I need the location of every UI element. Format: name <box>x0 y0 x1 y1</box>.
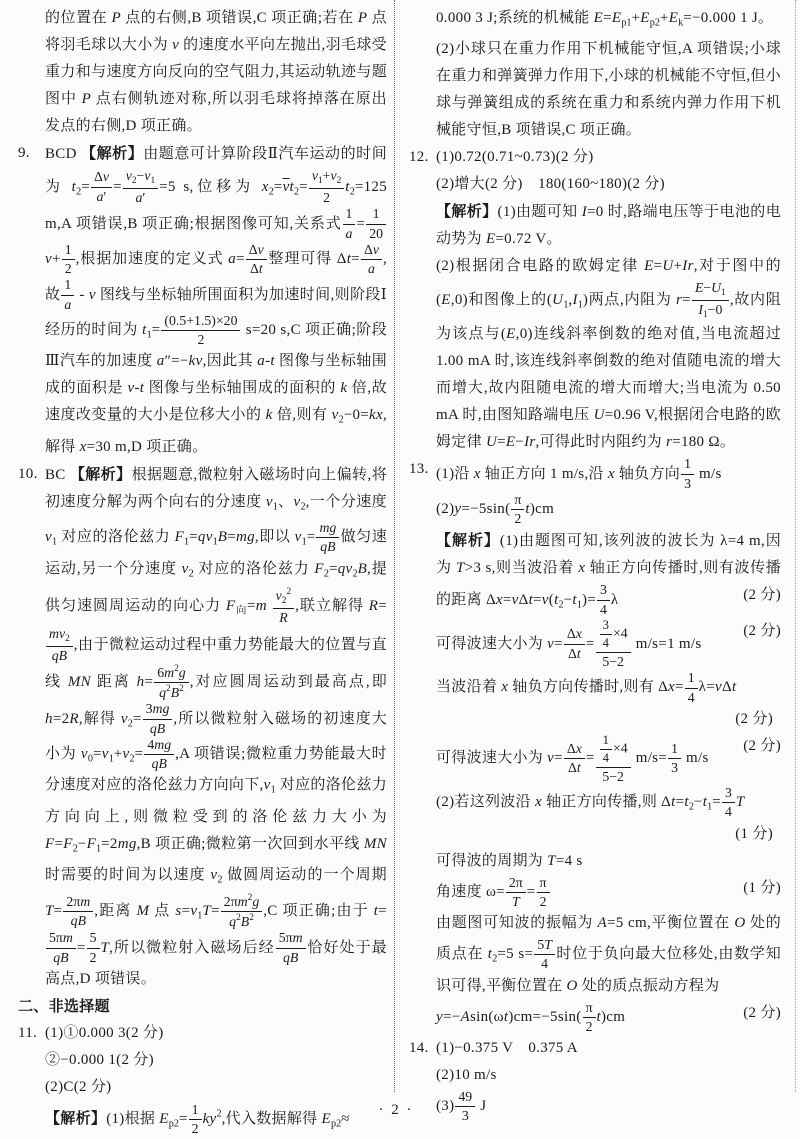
subscript: 1 <box>150 176 155 186</box>
right-column: 0.000 3 J;系统的机械能 E=Ep1+Ep2+Ek=−0.000 1 J… <box>409 5 781 1125</box>
score-label: (2 分) <box>743 618 781 645</box>
math-variable: E <box>486 231 495 247</box>
subscript: 2 <box>132 176 137 186</box>
left-column: 的位置在 P 点的右侧,B 项错误,C 项正确;若在 P 点将羽毛球以大小为 v… <box>18 5 387 1138</box>
math-variable: t <box>732 679 736 695</box>
math-variable: t <box>577 760 581 775</box>
superscript: 2 <box>249 913 254 923</box>
paragraph-text: 【解析】(1)由题图可知,该列波的波长为 λ=4 m,因为 T>3 s,则当波沿… <box>436 533 781 607</box>
math-variable: qB <box>320 539 335 554</box>
paragraph-text: BCD 【解析】由题意可计算阶段Ⅱ汽车运动的时间为 t2=Δva′=v2−v1a… <box>45 146 387 455</box>
fraction: π2 <box>537 875 550 911</box>
math-variable: v <box>264 777 271 793</box>
fraction: 4mgqB <box>144 737 174 773</box>
paragraph-text: (2)C(2 分) <box>45 1079 111 1095</box>
paragraph-text: 当波沿着 x 轴负方向传播时,则有 Δx=14λ=vΔt <box>436 679 736 695</box>
math-variable: v <box>715 679 722 695</box>
math-variable: x <box>576 741 582 756</box>
fraction: v1+v22 <box>309 168 344 206</box>
math-variable: v <box>103 169 109 184</box>
math-variable: A <box>598 915 607 931</box>
fraction: 6m2gq2B2 <box>154 664 188 701</box>
math-variable: v <box>542 592 549 608</box>
question-number: 9. <box>18 140 30 167</box>
math-variable: v <box>332 407 339 423</box>
math-variable: E <box>644 258 653 274</box>
question-number: 14. <box>409 1035 429 1062</box>
math-variable: v <box>121 711 128 727</box>
math-variable: T <box>547 853 556 869</box>
page-number: · 2 · <box>0 1097 792 1124</box>
solution-paragraph: 14.(1)−0.375 V 0.375 A <box>409 1035 781 1062</box>
math-variable: mv <box>49 626 65 641</box>
math-variable: F <box>175 529 184 545</box>
solution-paragraph: 11.(1)①0.000 3(2 分) <box>18 1020 387 1047</box>
math-variable: E <box>441 292 450 308</box>
math-variable: MN <box>364 836 387 852</box>
subscript: 2 <box>128 718 133 729</box>
math-variable: v <box>547 750 554 766</box>
math-variable: F <box>63 836 72 852</box>
math-variable: t <box>270 353 274 369</box>
math-variable: v <box>81 746 88 762</box>
math-variable: v <box>373 242 379 257</box>
math-variable: F <box>314 561 323 577</box>
math-variable: y <box>454 501 461 517</box>
math-variable: qv <box>338 561 353 577</box>
fraction: 2πm2gq2B2 <box>221 893 262 930</box>
solution-paragraph: 可得波的周期为 T=4 s <box>409 848 781 875</box>
math-variable: t <box>529 592 533 608</box>
math-variable: B <box>171 685 179 700</box>
fraction: E−U1I1−0 <box>692 280 729 321</box>
fraction: v22R <box>273 587 295 626</box>
bold-text: 【解析】 <box>436 532 500 549</box>
math-variable: x <box>576 626 582 641</box>
math-variable: a <box>257 353 265 369</box>
paragraph-text: 可得波的周期为 T=4 s <box>436 853 583 869</box>
solution-paragraph: (2)根据闭合电路的欧姆定律 E=U+Ir,对于图中的(E,0)和图像上的(U1… <box>409 253 781 456</box>
math-variable: m <box>293 930 303 945</box>
math-variable: qB <box>52 648 67 663</box>
solution-paragraph: 可得波速大小为 v=ΔxΔt=34×45−2 m/s=1 m/s(2 分) <box>409 618 781 670</box>
math-variable: T <box>101 940 110 956</box>
paragraph-text: 二、非选择题 <box>18 998 110 1015</box>
section-heading: 二、非选择题 <box>18 993 387 1020</box>
fraction: 34 <box>597 582 610 618</box>
subscript: 2 <box>689 801 694 812</box>
subscript: 1 <box>577 599 582 610</box>
math-variable: m <box>238 894 248 909</box>
math-variable: m <box>256 598 267 614</box>
paragraph-text: (1 分) <box>735 826 773 842</box>
math-variable: Ir <box>524 434 535 450</box>
fraction: 34 <box>722 785 735 821</box>
paragraph-text: y=−Asin(ωt)cm=−5sin(π2t)cm <box>436 1009 625 1025</box>
math-variable: t <box>504 1009 508 1025</box>
math-variable: h <box>137 674 145 690</box>
subscript: 2 <box>339 415 344 426</box>
solution-paragraph: 9.BCD 【解析】由题意可计算阶段Ⅱ汽车运动的时间为 t2=Δva′=v2−v… <box>18 140 387 461</box>
math-variable: t <box>140 380 144 396</box>
math-variable: qB <box>152 756 167 771</box>
fraction: π2 <box>583 1000 596 1036</box>
math-variable: mg <box>236 529 255 545</box>
bold-text: 【解析】 <box>436 203 498 220</box>
math-variable: x <box>262 179 269 195</box>
column-divider <box>394 0 395 1092</box>
subscript: 2 <box>76 186 81 197</box>
subscript: k <box>678 17 683 28</box>
paragraph-text: 【解析】(1)由题可知 I=0 时,路端电压等于电池的电动势为 E=0.72 V… <box>436 204 781 247</box>
paragraph-text: (1)−0.375 V 0.375 A <box>436 1040 578 1056</box>
math-variable: U <box>486 434 497 450</box>
math-variable: MN <box>68 674 91 690</box>
subscript: p1 <box>621 17 631 28</box>
subscript: 2 <box>217 874 222 885</box>
fraction: 14×45−2 <box>596 733 631 785</box>
math-variable: P <box>358 10 367 26</box>
paragraph-text: (1)沿 x 轴正方向 1 m/s,沿 x 轴负方向13 m/s <box>436 466 722 482</box>
solution-paragraph: 可得波速大小为 v=ΔxΔt=14×45−2 m/s=13 m/s(2 分) <box>409 733 781 785</box>
subscript: 1 <box>721 288 726 298</box>
paragraph-text: 可得波速大小为 v=ΔxΔt=14×45−2 m/s=13 m/s <box>436 750 709 766</box>
fraction: Δva <box>361 242 382 278</box>
math-variable: P <box>111 10 120 26</box>
solution-paragraph: 【解析】(1)由题图可知,该列波的波长为 λ=4 m,因为 T>3 s,则当波沿… <box>409 527 781 618</box>
math-variable: M <box>137 903 150 919</box>
math-variable: F <box>87 836 96 852</box>
subscript: 2 <box>350 186 355 197</box>
subscript: 2 <box>324 568 329 579</box>
math-variable: x <box>535 794 542 810</box>
subscript: 2 <box>337 176 342 186</box>
fraction: (0.5+1.5)×202 <box>161 313 240 349</box>
math-variable: v <box>123 746 130 762</box>
subscript: 2 <box>492 954 497 965</box>
math-variable: T <box>512 894 520 909</box>
math-variable: U <box>552 292 563 308</box>
math-variable: qB <box>53 950 68 965</box>
paragraph-text: (2)小球只在重力作用下机械能守恒,A 项错误;小球在重力和弹簧弹力作用下,小球… <box>436 41 781 138</box>
paragraph-text: ②−0.000 1(2 分) <box>45 1052 154 1068</box>
fraction: 2πmqB <box>63 894 93 930</box>
math-variable: mg <box>319 520 336 535</box>
subscript: 1 <box>302 536 307 547</box>
fraction: 2πT <box>506 875 526 911</box>
subscript: 向 <box>235 605 247 616</box>
solution-paragraph: y=−Asin(ωt)cm=−5sin(π2t)cm(2 分) <box>409 1000 781 1036</box>
math-variable: v <box>45 251 52 267</box>
fraction: 5T4 <box>534 937 555 973</box>
fraction: 12 <box>62 242 75 278</box>
math-variable: R <box>279 610 287 625</box>
fraction: 34 <box>600 618 612 651</box>
score-line: (1 分) <box>409 821 781 848</box>
math-variable: R <box>69 711 78 727</box>
paragraph-text: (2 分) <box>735 711 773 727</box>
solution-paragraph: 13.(1)沿 x 轴正方向 1 m/s,沿 x 轴负方向13 m/s <box>409 456 781 492</box>
fraction: 52 <box>87 930 100 966</box>
score-label: (1 分) <box>743 875 781 902</box>
paragraph-text: 角速度 ω=2πT=π2 <box>436 884 551 900</box>
superscript: 2 <box>286 587 291 597</box>
math-variable: a <box>346 226 353 241</box>
math-variable: B <box>358 561 367 577</box>
solution-paragraph: (2)小球只在重力作用下机械能守恒,A 项错误;小球在重力和弹簧弹力作用下,小球… <box>409 36 781 144</box>
subscript: 1 <box>52 536 57 547</box>
math-variable: x <box>80 439 87 455</box>
math-variable: a <box>228 251 236 267</box>
paragraph-text: (2)若这列波沿 x 轴正方向传播,则 Δt=t2−t1=34T <box>436 794 745 810</box>
fraction: 14 <box>600 733 612 766</box>
fraction: 120 <box>366 206 386 242</box>
math-variable: mg <box>154 737 171 752</box>
math-variable: y <box>436 1009 443 1025</box>
math-variable: mg <box>153 701 170 716</box>
subscript: 1 <box>96 843 101 854</box>
math-variable: U <box>594 407 605 423</box>
math-variable: O <box>567 978 578 994</box>
math-variable: qB <box>150 721 165 736</box>
fraction: 34×45−2 <box>596 618 631 670</box>
paragraph-text: (2)根据闭合电路的欧姆定律 E=U+Ir,对于图中的(E,0)和图像上的(U1… <box>436 258 781 450</box>
math-variable: m <box>80 894 90 909</box>
math-variable: Ir <box>682 258 693 274</box>
paragraph-text: 的位置在 P 点的右侧,B 项错误,C 项正确;若在 P 点将羽毛球以大小为 v… <box>45 10 387 134</box>
math-variable: q <box>159 685 166 700</box>
subscript: 1 <box>271 785 276 796</box>
math-variable: T <box>45 903 54 919</box>
fraction: ΔvΔt <box>246 242 267 278</box>
math-variable: mg <box>118 836 137 852</box>
fraction: 3mgqB <box>143 701 173 737</box>
math-variable: k <box>340 380 347 396</box>
fraction: 13 <box>668 741 681 777</box>
paragraph-text: (2)10 m/s <box>436 1067 497 1083</box>
document-page: 的位置在 P 点的右侧,B 项错误,C 项正确;若在 P 点将羽毛球以大小为 v… <box>0 0 800 1139</box>
math-variable: a <box>157 353 165 369</box>
score-label: (2 分) <box>743 582 781 609</box>
math-variable: T <box>544 937 552 952</box>
superscript: 2 <box>179 684 184 694</box>
math-variable: v <box>182 561 189 577</box>
subscript: 1 <box>707 801 712 812</box>
score-label: (2 分) <box>743 1000 781 1027</box>
solution-paragraph: 【解析】(1)由题可知 I=0 时,路端电压等于电池的电动势为 E=0.72 V… <box>409 198 781 253</box>
subscript: 2 <box>65 634 70 644</box>
math-variable: v <box>127 380 134 396</box>
fraction: 1a <box>61 277 74 313</box>
subscript: 2 <box>269 186 274 197</box>
math-variable: I <box>582 204 587 220</box>
fraction: ΔxΔt <box>564 626 585 662</box>
solution-paragraph: (2)若这列波沿 x 轴正方向传播,则 Δt=t2−t1=34T <box>409 785 781 821</box>
math-variable: x <box>496 592 503 608</box>
subscript: 1 <box>703 310 708 320</box>
fraction: Δva′ <box>91 169 112 205</box>
subscript: 1 <box>578 300 583 311</box>
paragraph-text: 可得波速大小为 v=ΔxΔt=34×45−2 m/s=1 m/s <box>436 636 702 652</box>
math-variable: v <box>295 529 302 545</box>
overline: v <box>283 179 290 195</box>
page-edge-line <box>795 0 796 1092</box>
math-variable: t <box>347 251 351 267</box>
solution-paragraph: ②−0.000 1(2 分) <box>18 1047 387 1074</box>
math-variable: a <box>97 189 104 204</box>
math-variable: a <box>135 190 142 205</box>
math-variable: E <box>612 10 621 26</box>
solution-paragraph: 10.BC 【解析】根据题意,微粒射入磁场时向上偏转,将初速度分解为两个向右的分… <box>18 461 387 993</box>
subscript: 1 <box>184 536 189 547</box>
paragraph-text: (1)0.72(0.71~0.73)(2 分) <box>436 149 594 165</box>
subscript: 2 <box>189 568 194 579</box>
math-variable: E <box>695 280 703 295</box>
math-variable: U <box>662 258 673 274</box>
solution-paragraph: 的位置在 P 点的右侧,B 项错误,C 项正确;若在 P 点将羽毛球以大小为 v… <box>18 5 387 140</box>
math-variable: F <box>45 836 54 852</box>
math-variable: x <box>668 679 675 695</box>
subscript: 0 <box>88 753 93 764</box>
math-variable: E <box>669 10 678 26</box>
math-variable: t <box>597 1009 601 1025</box>
score-label: (2 分) <box>743 733 781 760</box>
math-variable: U <box>711 280 721 295</box>
math-variable: t <box>671 794 675 810</box>
subscript: 1 <box>318 176 323 186</box>
question-number: 13. <box>409 456 429 483</box>
bold-text: 【解析】 <box>70 466 132 483</box>
math-variable: t <box>374 903 378 919</box>
math-variable: g <box>252 894 259 909</box>
math-variable: B <box>241 914 249 929</box>
math-variable: qB <box>71 913 86 928</box>
solution-paragraph: 角速度 ω=2πT=π2(1 分) <box>409 875 781 911</box>
solution-paragraph: 当波沿着 x 轴负方向传播时,则有 Δx=14λ=vΔt <box>409 670 781 706</box>
math-variable: T <box>736 794 745 810</box>
math-variable: v <box>102 746 109 762</box>
solution-paragraph: (2)增大(2 分) 180(160~180)(2 分) <box>409 171 781 198</box>
fraction: 1a <box>343 206 356 242</box>
math-variable: h <box>45 711 53 727</box>
math-variable: B <box>218 529 227 545</box>
question-number: 11. <box>18 1020 37 1047</box>
fraction: 13 <box>681 456 694 492</box>
math-variable: R <box>369 598 378 614</box>
math-variable: a <box>64 297 71 312</box>
paragraph-text: 由题图可知波的振幅为 A=5 cm,平衡位置在 O 处的质点在 t2=5 s=5… <box>436 915 781 994</box>
math-variable: x <box>501 679 508 695</box>
math-variable: A <box>461 1009 470 1025</box>
question-number: 12. <box>409 144 429 171</box>
question-number: 10. <box>18 461 38 488</box>
math-variable: E <box>594 10 603 26</box>
subscript: 1 <box>563 300 568 311</box>
math-variable: t <box>259 261 263 276</box>
subscript: p2 <box>650 17 660 28</box>
paragraph-text: (2)增大(2 分) 180(160~180)(2 分) <box>436 176 665 192</box>
subscript: 2 <box>559 599 564 610</box>
math-variable: E <box>506 326 515 342</box>
solution-paragraph: (2)y=−5sin(π2t)cm <box>409 492 781 528</box>
math-variable: x <box>608 466 615 482</box>
math-variable: qB <box>283 950 298 965</box>
math-variable: s <box>175 903 181 919</box>
math-variable: T <box>456 560 465 576</box>
math-variable: P <box>82 91 91 107</box>
math-variable: v <box>89 287 96 303</box>
math-variable: m <box>164 665 174 680</box>
math-variable: k <box>266 407 273 423</box>
math-variable: kv <box>189 353 203 369</box>
subscript: 1 <box>273 501 278 512</box>
paragraph-text: 0.000 3 J;系统的机械能 E=Ep1+Ep2+Ek=−0.000 1 J… <box>436 10 773 26</box>
math-variable: t <box>577 646 581 661</box>
solution-paragraph: 0.000 3 J;系统的机械能 E=Ep1+Ep2+Ek=−0.000 1 J… <box>409 5 781 36</box>
math-variable: O <box>734 915 745 931</box>
math-variable: v <box>258 242 264 257</box>
fraction: 14 <box>685 670 698 706</box>
paragraph-text: BC 【解析】根据题意,微粒射入磁场时向上偏转,将初速度分解为两个向右的分速度 … <box>45 467 387 987</box>
solution-paragraph: (2)10 m/s <box>409 1062 781 1089</box>
solution-paragraph: 由题图可知波的振幅为 A=5 cm,平衡位置在 O 处的质点在 t2=5 s=5… <box>409 910 781 1000</box>
math-variable: kx <box>369 407 383 423</box>
math-variable: t <box>525 501 529 517</box>
math-variable: v <box>172 37 179 53</box>
math-variable: r <box>666 434 672 450</box>
bold-text: 【解析】 <box>81 145 143 162</box>
subscript: 1 <box>109 753 114 764</box>
math-variable: x <box>474 466 481 482</box>
math-variable: m <box>63 930 73 945</box>
math-variable: T <box>202 903 211 919</box>
math-variable: v <box>266 494 273 510</box>
score-line: (2 分) <box>409 706 781 733</box>
subscript: 2 <box>73 843 78 854</box>
fraction: 5πmqB <box>46 930 76 966</box>
subscript: 2 <box>130 753 135 764</box>
subscript: 2 <box>294 186 299 197</box>
math-variable: E <box>506 434 515 450</box>
math-variable: r <box>676 292 682 308</box>
math-variable: v <box>283 179 290 195</box>
subscript: 1 <box>147 329 152 340</box>
math-variable: g <box>179 665 186 680</box>
math-variable: v <box>547 636 554 652</box>
math-variable: F <box>226 598 235 614</box>
math-variable: v <box>512 592 519 608</box>
math-variable: v <box>45 529 52 545</box>
paragraph-text: (1)①0.000 3(2 分) <box>45 1025 164 1041</box>
fraction: mv2qB <box>46 626 73 664</box>
fraction: ΔxΔt <box>564 741 585 777</box>
subscript: 2 <box>300 501 305 512</box>
fraction: mgqB <box>316 520 339 556</box>
solution-paragraph: 12.(1)0.72(0.71~0.73)(2 分) <box>409 144 781 171</box>
math-variable: qv <box>198 529 213 545</box>
paragraph-text: (2)y=−5sin(π2t)cm <box>436 501 554 517</box>
subscript: 2 <box>282 596 287 606</box>
math-variable: E <box>640 10 649 26</box>
math-variable: a <box>368 261 375 276</box>
fraction: π2 <box>511 492 524 528</box>
math-variable: x <box>578 560 585 576</box>
fraction: v2−v1a′ <box>123 168 158 206</box>
fraction: 5πmqB <box>276 930 306 966</box>
